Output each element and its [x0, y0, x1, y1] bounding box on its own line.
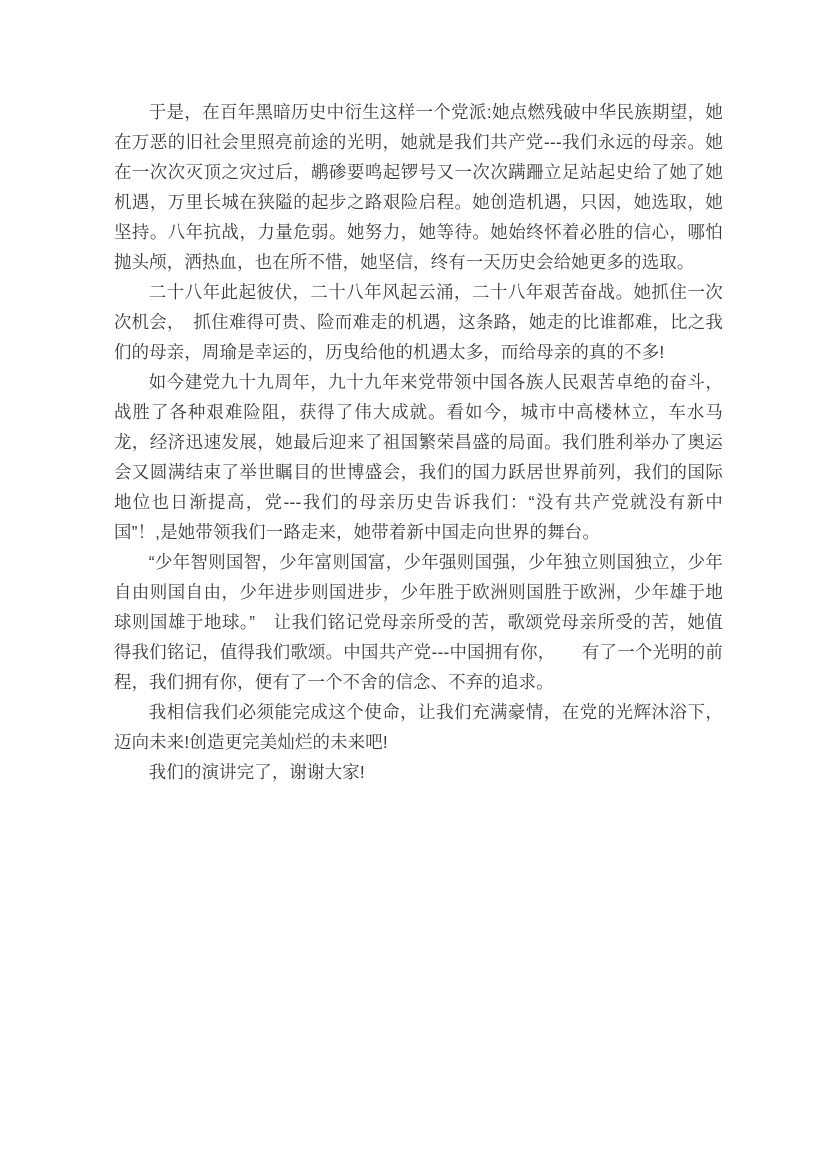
document-text-block: 于是，在百年黑暗历史中衍生这样一个党派:她点燃残破中华民族期望，她在万恶的旧社会… [114, 97, 723, 787]
document-page: 于是，在百年黑暗历史中衍生这样一个党派:她点燃残破中华民族期望，她在万恶的旧社会… [0, 0, 827, 1170]
paragraph: 二十八年此起彼伏，二十八年风起云涌，二十八年艰苦奋战。她抓住一次次机会， 抓住难… [114, 277, 723, 367]
paragraph: 如今建党九十九周年，九十九年来党带领中国各族人民艰苦卓绝的奋斗，战胜了各种艰难险… [114, 367, 723, 547]
paragraph: 我们的演讲完了，谢谢大家! [114, 757, 723, 787]
paragraph: “少年智则国智，少年富则国富，少年强则国强，少年独立则国独立，少年自由则国自由，… [114, 547, 723, 697]
paragraph: 于是，在百年黑暗历史中衍生这样一个党派:她点燃残破中华民族期望，她在万恶的旧社会… [114, 97, 723, 277]
paragraph: 我相信我们必须能完成这个使命，让我们充满豪情，在党的光辉沐浴下，迈向未来!创造更… [114, 697, 723, 757]
